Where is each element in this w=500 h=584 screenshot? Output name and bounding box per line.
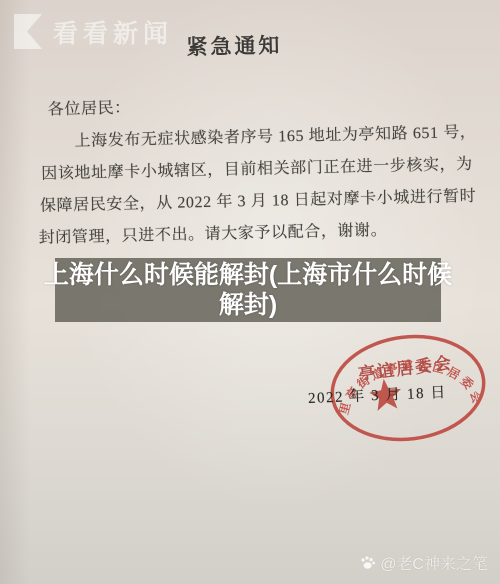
photo-watermark-text: @老C神来之笔	[380, 551, 488, 574]
notice-body-line: 保障居民安全，从 2022 年 3 月 18 日起对摩卡小城进行暂时	[40, 183, 477, 216]
paw-icon	[360, 555, 376, 571]
notice-body-line: 封闭管理，只进不出。请大家予以配合，谢谢。	[38, 217, 387, 248]
caption-line-2: 解封)	[219, 290, 277, 320]
notice-body-line: 因该地址摩卡小城辖区，目前相关部门正在进一步核实，为	[41, 151, 473, 184]
notice-salutation: 各位居民：	[48, 95, 132, 120]
caption-line-1: 上海什么时候能解封(上海市什么时候	[44, 260, 452, 290]
notice-photo: 看看新闻 紧急通知 各位居民： 上海发布无症状感染者序号 165 地址为亭知路 …	[0, 0, 500, 584]
stamp-center-text: 亭谊居委会	[357, 352, 454, 383]
notice-body-line: 上海发布无症状感染者序号 165 地址为亭知路 651 号，	[74, 119, 476, 151]
photo-watermark: @老C神来之笔	[360, 551, 488, 574]
caption-overlay: 上海什么时候能解封(上海市什么时候 解封)	[55, 258, 441, 322]
notice-title: 紧急通知	[0, 25, 473, 66]
